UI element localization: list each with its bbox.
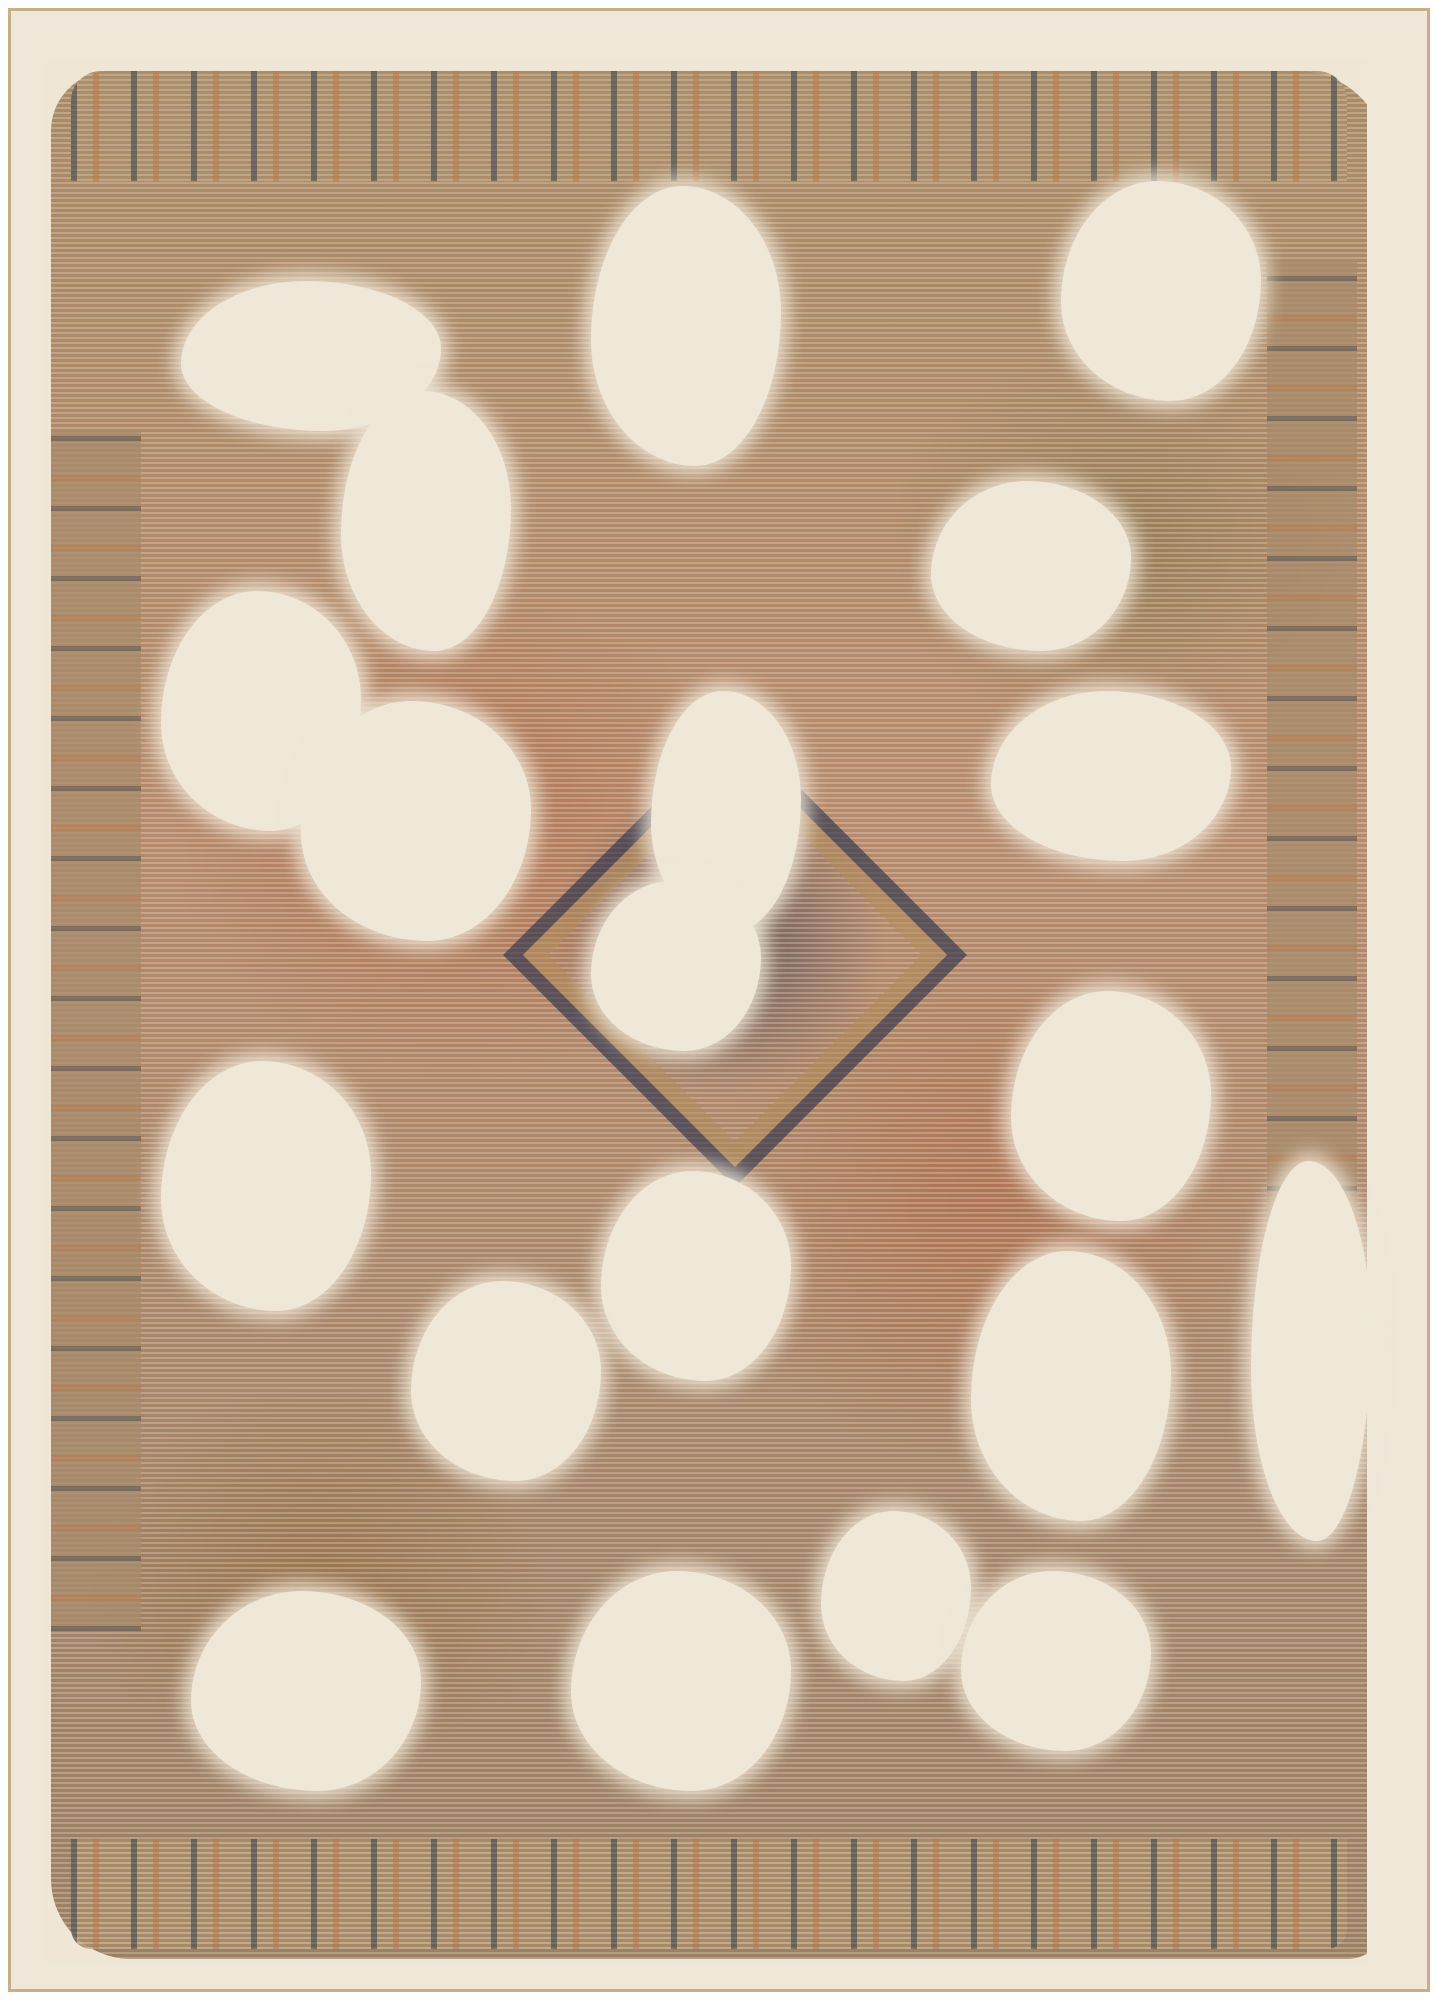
rug-margin-top <box>11 11 1427 61</box>
bleach-spot <box>601 1171 791 1381</box>
rug-photo <box>8 8 1430 1992</box>
bleach-spot <box>961 1571 1151 1751</box>
bleach-spot <box>821 1511 971 1681</box>
bleach-spot <box>341 391 511 651</box>
bleach-spot <box>1061 181 1261 401</box>
bleach-spot <box>1251 1161 1371 1541</box>
rug-margin-right <box>1367 11 1427 1989</box>
bleach-spot <box>591 881 761 1051</box>
bleach-spot <box>161 1061 371 1311</box>
rug-bottom-border <box>71 1839 1347 1949</box>
bleach-spot <box>1011 991 1211 1221</box>
bleach-spot <box>411 1281 601 1481</box>
rug-left-border <box>51 431 141 1631</box>
rug-right-border <box>1267 261 1357 1261</box>
rug-margin-bottom <box>11 1964 1427 1989</box>
bleach-spot <box>571 1571 791 1791</box>
bleach-spot <box>301 701 531 941</box>
bleach-spot <box>591 186 781 466</box>
bleach-spot <box>191 1591 421 1791</box>
bleach-spot <box>931 481 1131 651</box>
rug-margin-left <box>11 11 46 1989</box>
rug-top-border <box>71 71 1347 181</box>
bleach-spot <box>971 1251 1171 1521</box>
bleach-spot <box>991 691 1231 861</box>
